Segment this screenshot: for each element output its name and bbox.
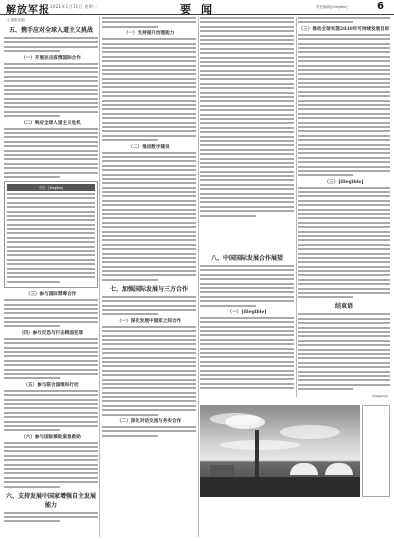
subsection-heading: （一）开展抗击疫情国际合作 [4,55,98,61]
paragraph [102,152,196,281]
continued-note: （上接第五版） [4,17,98,22]
subsection-heading: （一）深化发展中国家之间合作 [102,318,196,324]
paragraph [4,63,98,118]
paragraph [102,38,196,141]
chapter-heading: 结束语 [298,301,390,310]
subsection-heading: （三）参与国际禁毒合作 [4,291,98,297]
box-title: 专栏：[illegible] [7,184,95,191]
subsection-heading: （二）深化对话交流与务实合作 [102,418,196,424]
newspaper-logo: 解放军报 [6,1,50,16]
paragraph [102,296,196,316]
chapter-heading: 六、支持发展中国家增强自主发展能力 [4,491,98,509]
sidebar-box: 专栏：[illegible] [4,181,98,288]
paragraph [102,326,196,416]
paragraph [298,187,390,299]
section-title: 要闻 [180,1,222,17]
paragraph [4,37,98,52]
column-divider [198,17,199,537]
paragraph [200,317,294,390]
column-4: （三）推动全球实现2030年可持续发展目标 （三）[illegible] 结束语 [298,17,390,392]
subsection-heading: （一）[illegible] [200,309,294,315]
paragraph [200,265,294,307]
caption-text: ··· ··· [383,408,387,415]
subsection-heading: （三）[illegible] [298,179,390,185]
subsection-heading: （四）参与反恐与打击跨国犯罪 [4,330,98,336]
page-number: 6 [377,1,384,12]
masthead: 解放军报 2021年1月11日 星期一 要闻 责任编辑/[illegible] … [0,0,394,15]
paragraph [4,442,98,488]
paragraph [298,34,390,177]
paragraph [4,299,98,327]
chapter-heading: 八、中国国际发展合作展望 [200,253,294,262]
issue-date: 2021年1月11日 星期一 [50,4,97,10]
column-3-lower: 八、中国国际发展合作展望 （一）[illegible] [200,250,294,390]
column-divider [99,17,100,537]
paragraph [298,313,390,390]
column-divider [296,17,297,397]
subsection-heading: （六）参与国际援助紧急救助 [4,434,98,440]
paragraph [298,17,390,23]
smoke-plume [225,415,265,429]
paragraph [4,512,98,523]
chimney [255,430,259,480]
subsection-heading: （五）参与联合国维和行动 [4,382,98,388]
paragraph [4,338,98,380]
column-3 [200,17,294,227]
paragraph [102,426,196,437]
paragraph [200,17,294,217]
article-credit: （[illegible]） [200,394,390,398]
chapter-heading: 五、携手应对全球人道主义挑战 [4,25,98,34]
box-paragraph [7,193,95,283]
subsection-heading: （三）推动全球实现2030年可持续发展目标 [298,26,390,32]
paragraph [4,390,98,432]
photo-caption: ··· ··· [362,405,390,497]
subsection-heading: （二）响应全球人道主义危机 [4,120,98,126]
photo-lead-text: （[illegible]） [200,392,390,404]
editor-credit: 责任编辑/[illegible] [316,5,348,10]
power-plant-photo [200,405,360,497]
subsection-heading: （二）推进数字建设 [102,144,196,150]
subsection-heading: （一）支持提升治理能力 [102,30,196,36]
paragraph [4,128,98,178]
column-1: （上接第五版） 五、携手应对全球人道主义挑战 （一）开展抗击疫情国际合作 （二）… [4,17,98,537]
paragraph [102,17,196,28]
column-2: （一）支持提升治理能力 （二）推进数字建设 七、加强国际发展与三方合作 （一）深… [102,17,196,537]
chapter-heading: 七、加强国际发展与三方合作 [102,284,196,293]
